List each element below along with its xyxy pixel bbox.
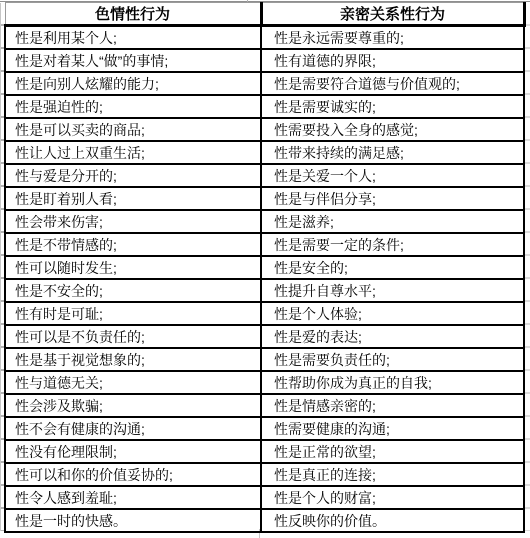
table-cell: 性帮助你成为真正的自我; [261, 371, 524, 394]
header-row: 色情性行为 亲密关系性行为 [5, 3, 524, 26]
table-cell: 性是爱的表达; [261, 325, 524, 348]
table-cell: 性可以是不负责任的; [5, 325, 261, 348]
column-header-pornographic-sex: 色情性行为 [5, 3, 261, 26]
table-row: 性是对着某人“做”的事情;性有道德的界限; [5, 49, 524, 72]
table-row: 性可以和你的价值妥协的;性是真正的连接; [5, 463, 524, 486]
table-row: 性是向别人炫耀的能力;性是需要符合道德与价值观的; [5, 72, 524, 95]
table-cell: 性是需要负责任的; [261, 348, 524, 371]
table-body: 性是利用某个人;性是永远需要尊重的;性是对着某人“做”的事情;性有道德的界限;性… [5, 26, 524, 533]
table-row: 性是不带情感的;性是需要一定的条件; [5, 233, 524, 256]
table-cell: 性是利用某个人; [5, 26, 261, 50]
table-cell: 性是向别人炫耀的能力; [5, 72, 261, 95]
table-row: 性是可以买卖的商品;性需要投入全身的感觉; [5, 118, 524, 141]
table-row: 性让人过上双重生活;性带来持续的满足感; [5, 141, 524, 164]
table-row: 性有时是可耻;性是个人体验; [5, 302, 524, 325]
table-cell: 性带来持续的满足感; [261, 141, 524, 164]
table-cell: 性会涉及欺骗; [5, 394, 261, 417]
column-header-intimate-relationship-sex: 亲密关系性行为 [261, 3, 524, 26]
table-row: 性令人感到羞耻;性是个人的财富; [5, 486, 524, 509]
table-cell: 性不会有健康的沟通; [5, 417, 261, 440]
table-cell: 性是一时的快感。 [5, 509, 261, 532]
table-row: 性是盯着别人看;性是与伴侣分享; [5, 187, 524, 210]
table-cell: 性是真正的连接; [261, 463, 524, 486]
table-cell: 性是情感亲密的; [261, 394, 524, 417]
table-cell: 性与道德无关; [5, 371, 261, 394]
table-cell: 性是正常的欲望; [261, 440, 524, 463]
table-row: 性会涉及欺骗;性是情感亲密的; [5, 394, 524, 417]
table-cell: 性是需要一定的条件; [261, 233, 524, 256]
table-cell: 性是基于视觉想象的; [5, 348, 261, 371]
table-cell: 性是关爱一个人; [261, 164, 524, 187]
table-cell: 性是永远需要尊重的; [261, 26, 524, 50]
table-cell: 性是需要符合道德与价值观的; [261, 72, 524, 95]
table-cell: 性是滋养; [261, 210, 524, 233]
table-cell: 性会带来伤害; [5, 210, 261, 233]
table-row: 性可以是不负责任的;性是爱的表达; [5, 325, 524, 348]
table-cell: 性提升自尊水平; [261, 279, 524, 302]
table-row: 性是不安全的;性提升自尊水平; [5, 279, 524, 302]
table-cell: 性需要健康的沟通; [261, 417, 524, 440]
table-cell: 性与爱是分开的; [5, 164, 261, 187]
table-row: 性与道德无关;性帮助你成为真正的自我; [5, 371, 524, 394]
table-cell: 性可以和你的价值妥协的; [5, 463, 261, 486]
table-cell: 性需要投入全身的感觉; [261, 118, 524, 141]
table-row: 性是一时的快感。性反映你的价值。 [5, 509, 524, 532]
table-cell: 性令人感到羞耻; [5, 486, 261, 509]
table-cell: 性有道德的界限; [261, 49, 524, 72]
table-row: 性没有伦理限制;性是正常的欲望; [5, 440, 524, 463]
table-cell: 性是与伴侣分享; [261, 187, 524, 210]
comparison-table: 色情性行为 亲密关系性行为 性是利用某个人;性是永远需要尊重的;性是对着某人“做… [4, 2, 526, 533]
table-cell: 性是不安全的; [5, 279, 261, 302]
table-cell: 性是盯着别人看; [5, 187, 261, 210]
table-row: 性会带来伤害;性是滋养; [5, 210, 524, 233]
table-cell: 性是强迫性的; [5, 95, 261, 118]
table-cell: 性让人过上双重生活; [5, 141, 261, 164]
table-cell: 性是个人的财富; [261, 486, 524, 509]
table-cell: 性是对着某人“做”的事情; [5, 49, 261, 72]
table-cell: 性可以随时发生; [5, 256, 261, 279]
table-row: 性不会有健康的沟通;性需要健康的沟通; [5, 417, 524, 440]
table-cell: 性没有伦理限制; [5, 440, 261, 463]
table-cell: 性是不带情感的; [5, 233, 261, 256]
table-row: 性是基于视觉想象的;性是需要负责任的; [5, 348, 524, 371]
table-row: 性是利用某个人;性是永远需要尊重的; [5, 26, 524, 50]
table-cell: 性是需要诚实的; [261, 95, 524, 118]
table-cell: 性是安全的; [261, 256, 524, 279]
table-row: 性是强迫性的;性是需要诚实的; [5, 95, 524, 118]
table-row: 性可以随时发生;性是安全的; [5, 256, 524, 279]
table-row: 性与爱是分开的;性是关爱一个人; [5, 164, 524, 187]
table-cell: 性有时是可耻; [5, 302, 261, 325]
table-cell: 性是可以买卖的商品; [5, 118, 261, 141]
table-cell: 性是个人体验; [261, 302, 524, 325]
table-cell: 性反映你的价值。 [261, 509, 524, 532]
